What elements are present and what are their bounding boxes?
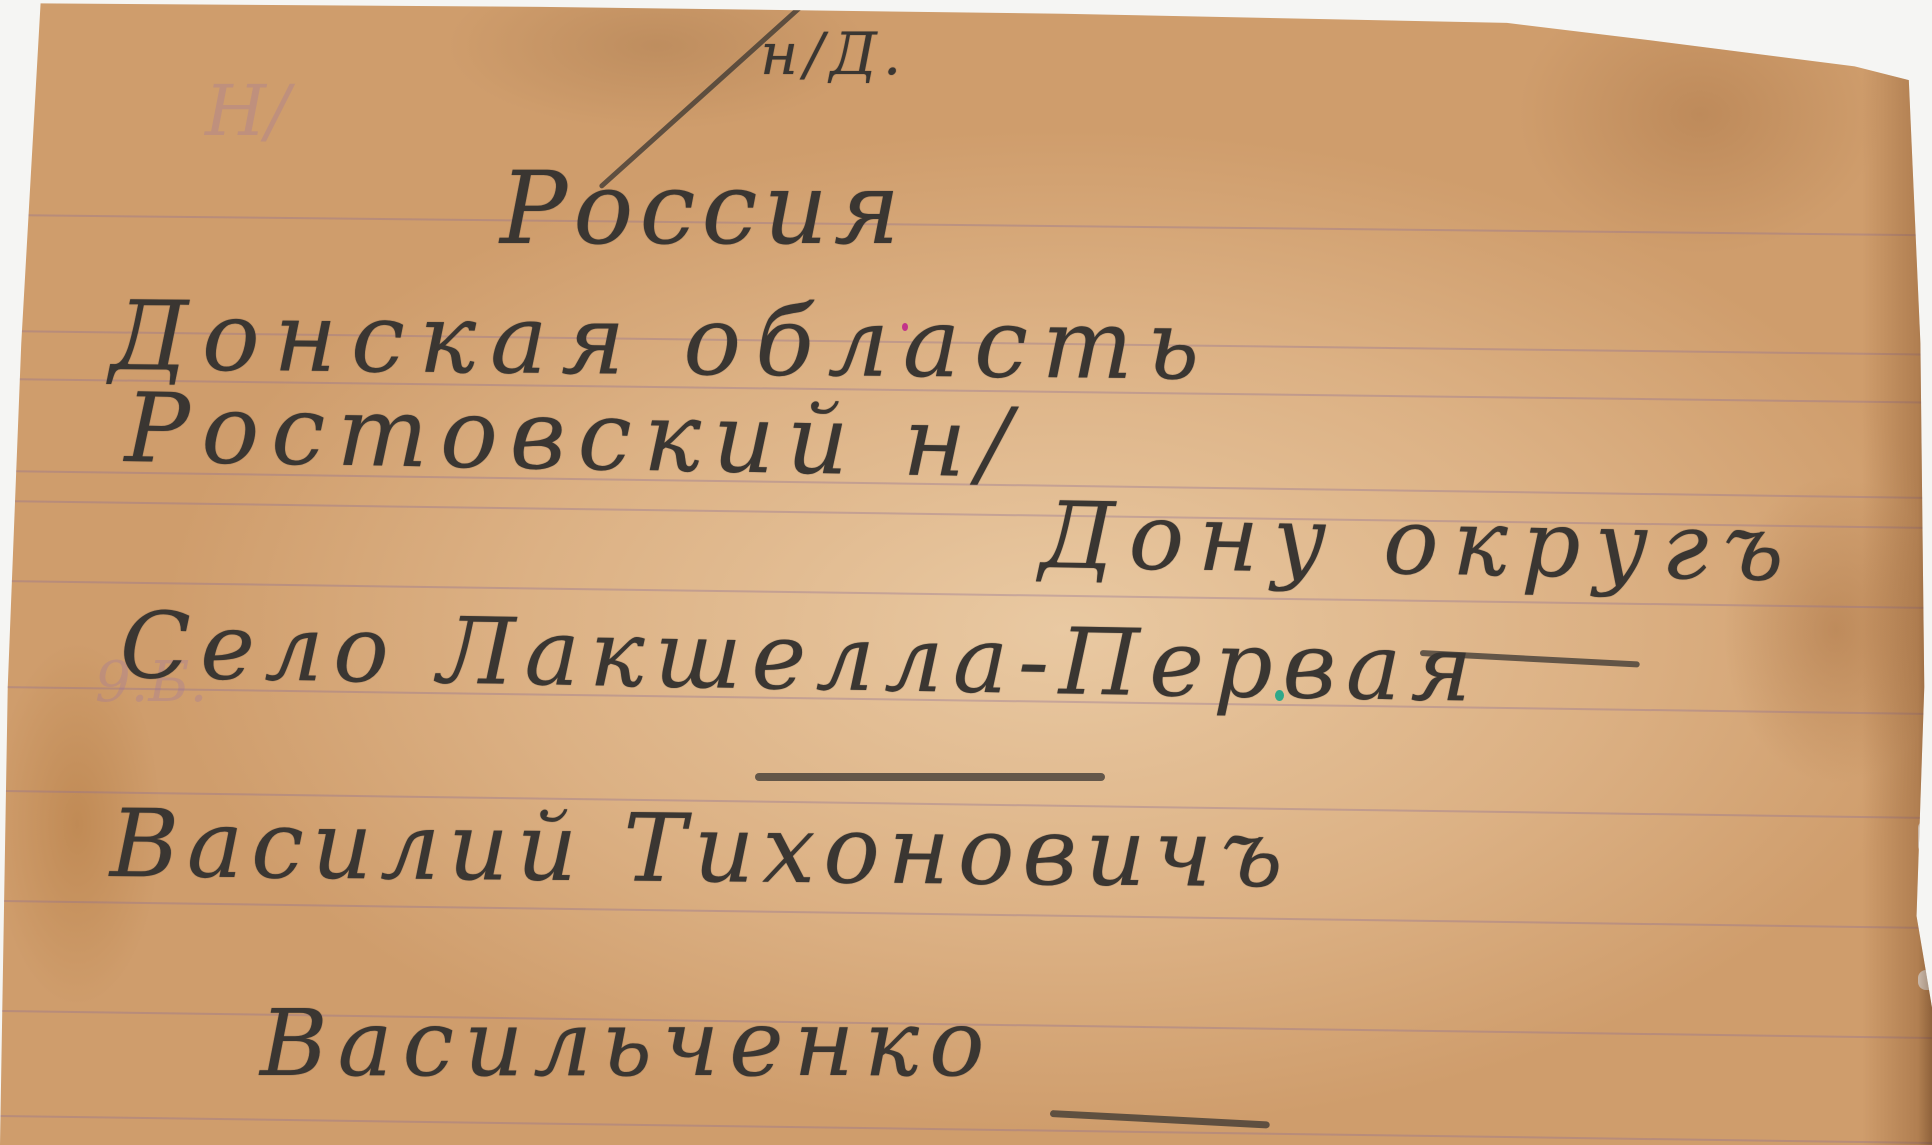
line-country: Россия	[500, 150, 906, 267]
line-recipient-surname: Васильченко	[260, 990, 995, 1097]
green-ink-dot	[1275, 690, 1284, 701]
line-district-part2: Дону округъ	[1039, 482, 1799, 602]
aged-paper-sheet: Н/ 9.Б. н/Д. Россия Донская область Рост…	[0, 0, 1932, 1145]
ruled-line	[0, 1115, 1932, 1144]
scanned-document: Н/ 9.Б. н/Д. Россия Донская область Рост…	[0, 0, 1932, 1145]
faint-stamp-mark: Н/	[205, 70, 290, 152]
paper-tear	[1918, 820, 1932, 854]
line-recipient-name: Василий Тихоновичъ	[110, 790, 1292, 909]
crossbar-stroke	[755, 773, 1105, 781]
magenta-ink-dot	[902, 323, 908, 331]
underline-flourish	[1050, 1110, 1270, 1129]
line-village: Село Лакшелла-Первая	[119, 592, 1483, 723]
line-district-part1: Ростовский н/	[124, 372, 1024, 500]
ruled-line	[0, 214, 1932, 236]
header-abbreviation: н/Д.	[760, 20, 907, 88]
paper-tear	[1918, 970, 1932, 990]
